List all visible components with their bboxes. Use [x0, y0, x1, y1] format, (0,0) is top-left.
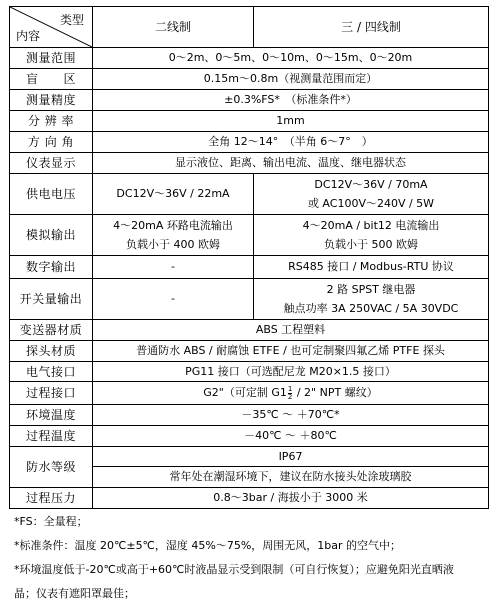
footnote: *标准条件：温度 20℃±5℃，湿度 45%～75%，周围无风，1bar 的空气…	[14, 534, 494, 558]
table-row: 数字输出 - RS485 接口 / Modbus-RTU 协议	[10, 256, 489, 279]
row-label: 过程温度	[10, 426, 93, 447]
four-wire-value: DC12V～36V / 70mA 或 AC100V～240V / 5W	[254, 174, 489, 215]
table-row: 测量范围 0～2m、0～5m、0～10m、0～15m、0～20m	[10, 48, 489, 69]
row-value: －40℃ ～ ＋80℃	[93, 426, 489, 447]
value-line: 2 路 SPST 继电器	[256, 280, 486, 299]
value-line: 或 AC100V～240V / 5W	[256, 194, 486, 213]
row-label: 电气接口	[10, 362, 93, 382]
row-value: IP67	[93, 447, 489, 467]
table-row: 模拟输出 4～20mA 环路电流输出 负载小于 400 欧姆 4～20mA / …	[10, 215, 489, 256]
value-pre: G2"（可定制 G1	[203, 386, 287, 399]
two-wire-value: -	[93, 279, 254, 320]
row-value: 0～2m、0～5m、0～10m、0～15m、0～20m	[93, 48, 489, 69]
row-label: 分 辨 率	[10, 111, 93, 132]
row-value: 显示液位、距离、输出电流、温度、继电器状态	[93, 153, 489, 174]
row-label: 测量范围	[10, 48, 93, 69]
value-line: 负载小于 500 欧姆	[256, 235, 486, 254]
row-value: ±0.3%FS* （标准条件*）	[93, 90, 489, 111]
table-row: 测量精度 ±0.3%FS* （标准条件*）	[10, 90, 489, 111]
footnotes: *FS：全量程； *标准条件：温度 20℃±5℃，湿度 45%～75%，周围无风…	[14, 510, 494, 606]
value-post: / 2" NPT 螺纹）	[293, 386, 377, 399]
row-label: 模拟输出	[10, 215, 93, 256]
row-value: 普通防水 ABS / 耐腐蚀 ETFE / 也可定制聚四氟乙烯 PTFE 探头	[93, 341, 489, 362]
table-row: 方 向 角 全角 12～14° （半角 6～7° ）	[10, 132, 489, 153]
col-header-three-four-wire: 三 / 四线制	[254, 7, 489, 48]
table-row: 防水等级 IP67	[10, 447, 489, 467]
row-value: 常年处在潮湿环境下，建议在防水接头处涂玻璃胶	[93, 467, 489, 488]
corner-type-label: 类型	[60, 11, 84, 29]
value-line: 触点功率 3A 250VAC / 5A 30VDC	[256, 299, 486, 318]
four-wire-value: RS485 接口 / Modbus-RTU 协议	[254, 256, 489, 279]
two-wire-value: DC12V～36V / 22mA	[93, 174, 254, 215]
table-row: 盲 区 0.15m～0.8m（视测量范围而定）	[10, 69, 489, 90]
table-row: 探头材质 普通防水 ABS / 耐腐蚀 ETFE / 也可定制聚四氟乙烯 PTF…	[10, 341, 489, 362]
four-wire-value: 2 路 SPST 继电器 触点功率 3A 250VAC / 5A 30VDC	[254, 279, 489, 320]
row-value: 全角 12～14° （半角 6～7° ）	[93, 132, 489, 153]
value-line: 4～20mA / bit12 电流输出	[256, 216, 486, 235]
row-label: 过程接口	[10, 382, 93, 405]
row-value: G2"（可定制 G112 / 2" NPT 螺纹）	[93, 382, 489, 405]
table-row: 电气接口 PG11 接口（可选配尼龙 M20×1.5 接口）	[10, 362, 489, 382]
four-wire-value: 4～20mA / bit12 电流输出 负载小于 500 欧姆	[254, 215, 489, 256]
value-line: DC12V～36V / 70mA	[256, 175, 486, 194]
row-value: －35℃ ～ ＋70℃*	[93, 405, 489, 426]
row-label: 变送器材质	[10, 320, 93, 341]
value-line: 4～20mA 环路电流输出	[95, 216, 251, 235]
corner-content-label: 内容	[16, 27, 40, 45]
value-line: 负载小于 400 欧姆	[95, 235, 251, 254]
footnote: *环境温度低于-20℃或高于+60℃时液晶显示受到限制（可自行恢复）；应避免阳光…	[14, 558, 494, 582]
row-value: 0.8～3bar / 海拔小于 3000 米	[93, 488, 489, 509]
table-row: 供电电压 DC12V～36V / 22mA DC12V～36V / 70mA 或…	[10, 174, 489, 215]
row-label: 过程压力	[10, 488, 93, 509]
col-header-two-wire: 二线制	[93, 7, 254, 48]
table-row: 变送器材质 ABS 工程塑料	[10, 320, 489, 341]
spec-table: 类型 内容 二线制 三 / 四线制 测量范围 0～2m、0～5m、0～10m、0…	[9, 6, 489, 509]
footnote: 晶；仪表有遮阳罩最佳；	[14, 582, 494, 606]
row-label: 方 向 角	[10, 132, 93, 153]
row-value: ABS 工程塑料	[93, 320, 489, 341]
table-row: 环境温度 －35℃ ～ ＋70℃*	[10, 405, 489, 426]
fraction-denominator: 2	[288, 394, 292, 401]
header-row: 类型 内容 二线制 三 / 四线制	[10, 7, 489, 48]
two-wire-value: -	[93, 256, 254, 279]
row-label: 数字输出	[10, 256, 93, 279]
table-row: 分 辨 率 1mm	[10, 111, 489, 132]
row-value: PG11 接口（可选配尼龙 M20×1.5 接口）	[93, 362, 489, 382]
row-label: 测量精度	[10, 90, 93, 111]
row-label: 防水等级	[10, 447, 93, 488]
row-label: 开关量输出	[10, 279, 93, 320]
row-value: 0.15m～0.8m（视测量范围而定）	[93, 69, 489, 90]
table-row: 过程压力 0.8～3bar / 海拔小于 3000 米	[10, 488, 489, 509]
two-wire-value: 4～20mA 环路电流输出 负载小于 400 欧姆	[93, 215, 254, 256]
row-label: 仪表显示	[10, 153, 93, 174]
row-label: 盲 区	[10, 69, 93, 90]
table-row: 过程接口 G2"（可定制 G112 / 2" NPT 螺纹）	[10, 382, 489, 405]
table-row: 仪表显示 显示液位、距离、输出电流、温度、继电器状态	[10, 153, 489, 174]
fraction: 12	[288, 386, 292, 401]
row-value: 1mm	[93, 111, 489, 132]
table-row: 过程温度 －40℃ ～ ＋80℃	[10, 426, 489, 447]
row-label: 供电电压	[10, 174, 93, 215]
corner-header-cell: 类型 内容	[10, 7, 93, 48]
footnote: *FS：全量程；	[14, 510, 494, 534]
table-row: 开关量输出 - 2 路 SPST 继电器 触点功率 3A 250VAC / 5A…	[10, 279, 489, 320]
row-label: 环境温度	[10, 405, 93, 426]
row-label: 探头材质	[10, 341, 93, 362]
